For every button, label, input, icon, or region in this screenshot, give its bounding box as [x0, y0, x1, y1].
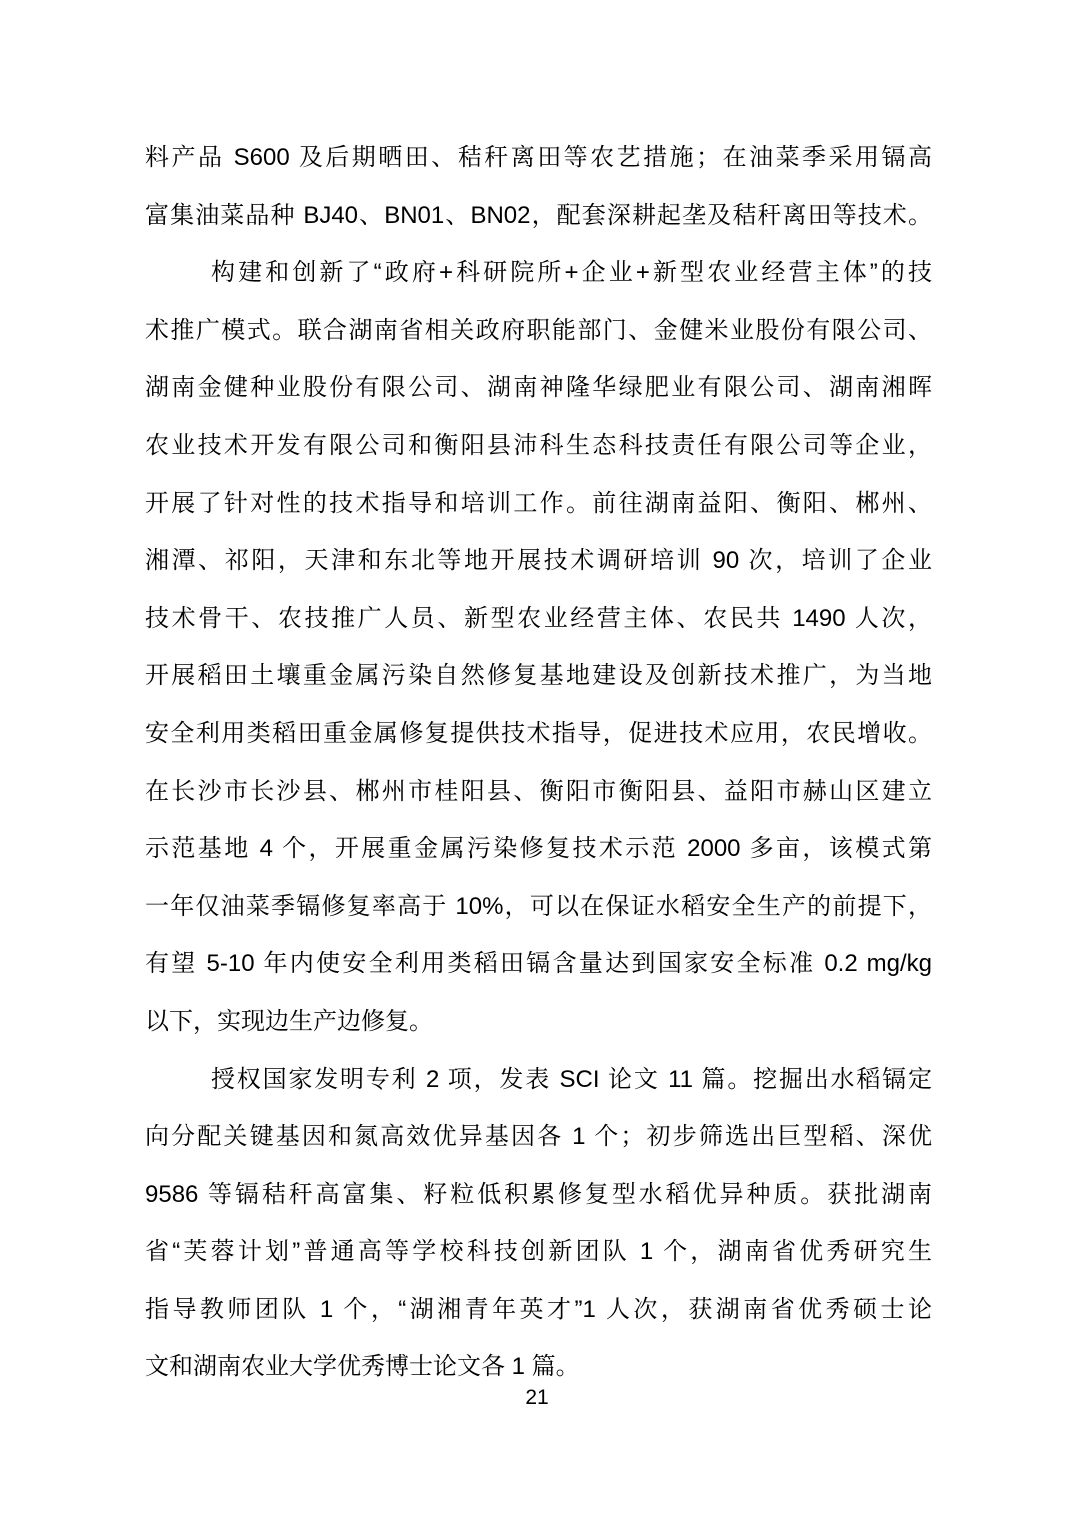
text-line: 术推广模式。联合湖南省相关政府职能部门、金健米业股份有限公司、: [145, 302, 932, 360]
text-line: 技术骨干、农技推广人员、新型农业经营主体、农民共 1490 人次，: [145, 590, 932, 648]
text-line: 一年仅油菜季镉修复率高于 10%，可以在保证水稻安全生产的前提下，: [145, 878, 932, 936]
text-line: 指导教师团队 1 个，“湖湘青年英才”1 人次，获湖南省优秀硕士论: [145, 1281, 932, 1339]
text-line: 料产品 S600 及后期晒田、秸秆离田等农艺措施；在油菜季采用镉高: [145, 129, 932, 187]
document-page: 料产品 S600 及后期晒田、秸秆离田等农艺措施；在油菜季采用镉高 富集油菜品种…: [0, 0, 1074, 1520]
paragraph: 料产品 S600 及后期晒田、秸秆离田等农艺措施；在油菜季采用镉高 富集油菜品种…: [145, 129, 932, 244]
text-line: 湖南金健种业股份有限公司、湖南神隆华绿肥业有限公司、湖南湘晖: [145, 359, 932, 417]
text-line: 湘潭、祁阳，天津和东北等地开展技术调研培训 90 次，培训了企业: [145, 532, 932, 590]
text-line: 授权国家发明专利 2 项，发表 SCI 论文 11 篇。挖掘出水稻镉定: [145, 1051, 932, 1109]
paragraph: 构建和创新了“政府+科研院所+企业+新型农业经营主体”的技 术推广模式。联合湖南…: [145, 244, 932, 1050]
paragraph: 授权国家发明专利 2 项，发表 SCI 论文 11 篇。挖掘出水稻镉定 向分配关…: [145, 1051, 932, 1397]
text-line: 省“芙蓉计划”普通高等学校科技创新团队 1 个，湖南省优秀研究生: [145, 1223, 932, 1281]
text-line: 以下，实现边生产边修复。: [145, 993, 932, 1051]
text-line: 示范基地 4 个，开展重金属污染修复技术示范 2000 多亩，该模式第: [145, 820, 932, 878]
text-line: 农业技术开发有限公司和衡阳县沛科生态科技责任有限公司等企业，: [145, 417, 932, 475]
text-line: 在长沙市长沙县、郴州市桂阳县、衡阳市衡阳县、益阳市赫山区建立: [145, 763, 932, 821]
page-number: 21: [0, 1384, 1074, 1412]
text-line: 9586 等镉秸秆高富集、籽粒低积累修复型水稻优异种质。获批湖南: [145, 1166, 932, 1224]
text-block: 料产品 S600 及后期晒田、秸秆离田等农艺措施；在油菜季采用镉高 富集油菜品种…: [145, 129, 932, 1396]
text-line: 构建和创新了“政府+科研院所+企业+新型农业经营主体”的技: [145, 244, 932, 302]
text-line: 向分配关键基因和氮高效优异基因各 1 个；初步筛选出巨型稻、深优: [145, 1108, 932, 1166]
text-line: 安全利用类稻田重金属修复提供技术指导，促进技术应用，农民增收。: [145, 705, 932, 763]
text-line: 有望 5-10 年内使安全利用类稻田镉含量达到国家安全标准 0.2 mg/kg: [145, 935, 932, 993]
text-line: 开展了针对性的技术指导和培训工作。前往湖南益阳、衡阳、郴州、: [145, 475, 932, 533]
text-line: 开展稻田土壤重金属污染自然修复基地建设及创新技术推广，为当地: [145, 647, 932, 705]
text-line: 富集油菜品种 BJ40、BN01、BN02，配套深耕起垄及秸秆离田等技术。: [145, 187, 932, 245]
